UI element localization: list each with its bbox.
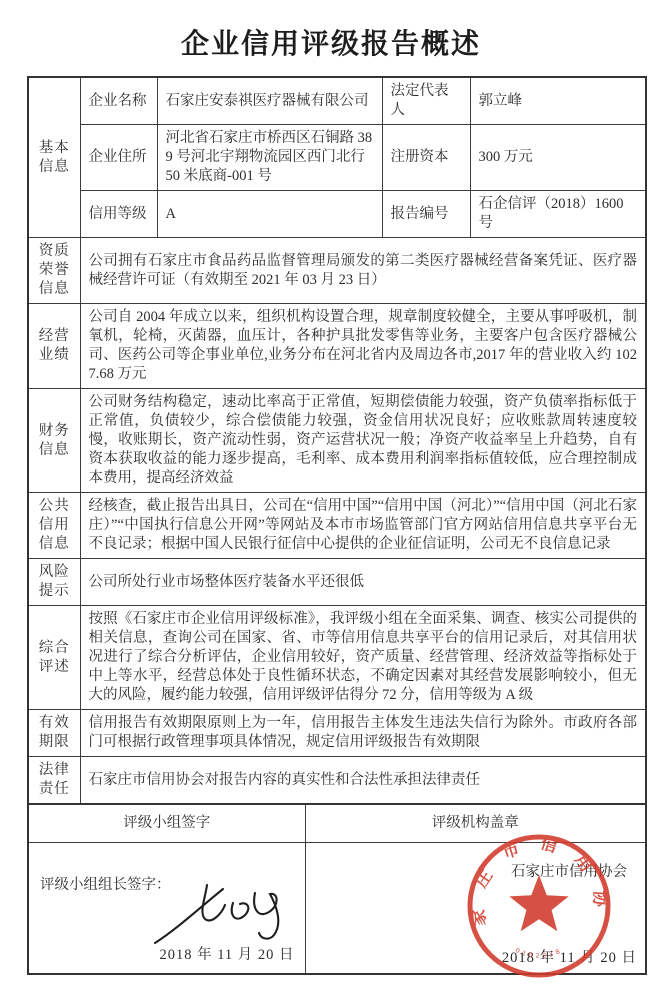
- section-content-legal-liability: 石家庄市信用协会对报告内容的真实性和合法性承担法律责任: [80, 757, 646, 805]
- report-table: 基本信息 企业名称 石家庄安泰祺医疗器械有限公司 法定代表人 郭立峰 企业住所 …: [27, 76, 647, 805]
- signoff-header-agency-seal: 评级机构盖章: [305, 804, 646, 843]
- agency-seal-date: 2018 年 11 月 20 日: [502, 949, 637, 968]
- field-value-company-address: 河北省石家庄市桥西区石铜路 389 号河北宇翔物流园区西门北行 50 米底商-0…: [157, 125, 382, 191]
- table-row-qualification-honor: 资质荣誉信息 公司拥有石家庄市食品药品监督管理局颁发的第二类医疗器械经营备案凭证…: [28, 238, 646, 304]
- section-label-qualification-honor: 资质荣誉信息: [28, 238, 80, 304]
- team-signature-date: 2018 年 11 月 20 日: [147, 946, 307, 965]
- section-label-legal-liability: 法律责任: [28, 757, 80, 805]
- section-label-financial-info: 财务信息: [28, 389, 80, 493]
- handwritten-signature: [151, 879, 291, 951]
- section-content-qualification-honor: 公司拥有石家庄市食品药品监督管理局颁发的第二类医疗器械经营备案凭证、医疗器械经营…: [80, 238, 646, 304]
- table-row-comprehensive-review: 综合评述 按照《石家庄市企业信用评级标准》，我评级小组在全面采集、调查、核实公司…: [28, 606, 646, 710]
- section-label-public-credit-info: 公共信用信息: [28, 493, 80, 559]
- field-value-company-name: 石家庄安泰祺医疗器械有限公司: [157, 77, 382, 125]
- signoff-header-team-signature: 评级小组签字: [28, 804, 305, 843]
- table-row-credit-grade: 信用等级 A 报告编号 石企信评（2018）1600 号: [28, 191, 646, 238]
- table-row-validity-period: 有效期限 信用报告有效期限原则上为一年，信用报告主体发生违法失信行为除外。市政府…: [28, 710, 646, 757]
- field-value-legal-representative: 郭立峰: [470, 77, 646, 125]
- table-row-company-address: 企业住所 河北省石家庄市桥西区石铜路 389 号河北宇翔物流园区西门北行 50 …: [28, 125, 646, 191]
- section-label-validity-period: 有效期限: [28, 710, 80, 757]
- table-row-financial-info: 财务信息 公司财务结构稳定，速动比率高于正常值，短期偿债能力较强，资产负债率指标…: [28, 389, 646, 493]
- field-label-registered-capital: 注册资本: [382, 125, 470, 191]
- field-value-report-number: 石企信评（2018）1600 号: [470, 191, 646, 238]
- field-value-registered-capital: 300 万元: [470, 125, 646, 191]
- field-label-company-name: 企业名称: [80, 77, 157, 125]
- team-signature-cell: 评级小组组长签字： 2018 年 11 月 20 日: [28, 843, 305, 975]
- agency-name-text: 石家庄市信用协会: [511, 863, 627, 882]
- field-label-report-number: 报告编号: [382, 191, 470, 238]
- agency-seal-cell: 石家庄市信用协会 2018 年 11 月 20 日 石家庄市信用协会: [305, 843, 646, 975]
- section-content-financial-info: 公司财务结构稳定，速动比率高于正常值，短期偿债能力较强，资产负债率指标低于正常值…: [80, 389, 646, 493]
- field-value-credit-grade: A: [157, 191, 382, 238]
- section-content-comprehensive-review: 按照《石家庄市企业信用评级标准》，我评级小组在全面采集、调查、核实公司提供的相关…: [80, 606, 646, 710]
- signoff-table: 评级小组签字 评级机构盖章 评级小组组长签字： 2018 年 11 月 20 日: [27, 804, 647, 975]
- report-page: 企业信用评级报告概述 基本信息 企业名称 石家庄安泰祺医疗器械有限公司 法定代表…: [0, 0, 662, 995]
- table-row-business-performance: 经营业绩 公司自 2004 年成立以来，组织机构设置合理，规章制度较健全，主要从…: [28, 304, 646, 389]
- section-label-business-performance: 经营业绩: [28, 304, 80, 389]
- table-row-risk-warning: 风险提示 公司所处行业市场整体医疗装备水平还很低: [28, 559, 646, 606]
- page-title: 企业信用评级报告概述: [0, 22, 662, 62]
- table-row-public-credit-info: 公共信用信息 经核查，截止报告出具日，公司在“信用中国”“信用中国（河北）”“信…: [28, 493, 646, 559]
- section-label-basic-info: 基本信息: [28, 77, 80, 238]
- section-label-comprehensive-review: 综合评述: [28, 606, 80, 710]
- field-label-credit-grade: 信用等级: [80, 191, 157, 238]
- table-row-company-name: 基本信息 企业名称 石家庄安泰祺医疗器械有限公司 法定代表人 郭立峰: [28, 77, 646, 125]
- field-label-company-address: 企业住所: [80, 125, 157, 191]
- signoff-header-row: 评级小组签字 评级机构盖章: [28, 804, 646, 843]
- section-label-risk-warning: 风险提示: [28, 559, 80, 606]
- section-content-business-performance: 公司自 2004 年成立以来，组织机构设置合理，规章制度较健全，主要从事呼吸机，…: [80, 304, 646, 389]
- section-content-validity-period: 信用报告有效期限原则上为一年，信用报告主体发生违法失信行为除外。市政府各部门可根…: [80, 710, 646, 757]
- signoff-body-row: 评级小组组长签字： 2018 年 11 月 20 日 石家庄市信用协会 2018…: [28, 843, 646, 975]
- section-content-risk-warning: 公司所处行业市场整体医疗装备水平还很低: [80, 559, 646, 606]
- section-content-public-credit-info: 经核查，截止报告出具日，公司在“信用中国”“信用中国（河北）”“信用中国（河北石…: [80, 493, 646, 559]
- table-row-legal-liability: 法律责任 石家庄市信用协会对报告内容的真实性和合法性承担法律责任: [28, 757, 646, 805]
- seal-star-icon: [509, 875, 568, 931]
- field-label-legal-representative: 法定代表人: [382, 77, 470, 125]
